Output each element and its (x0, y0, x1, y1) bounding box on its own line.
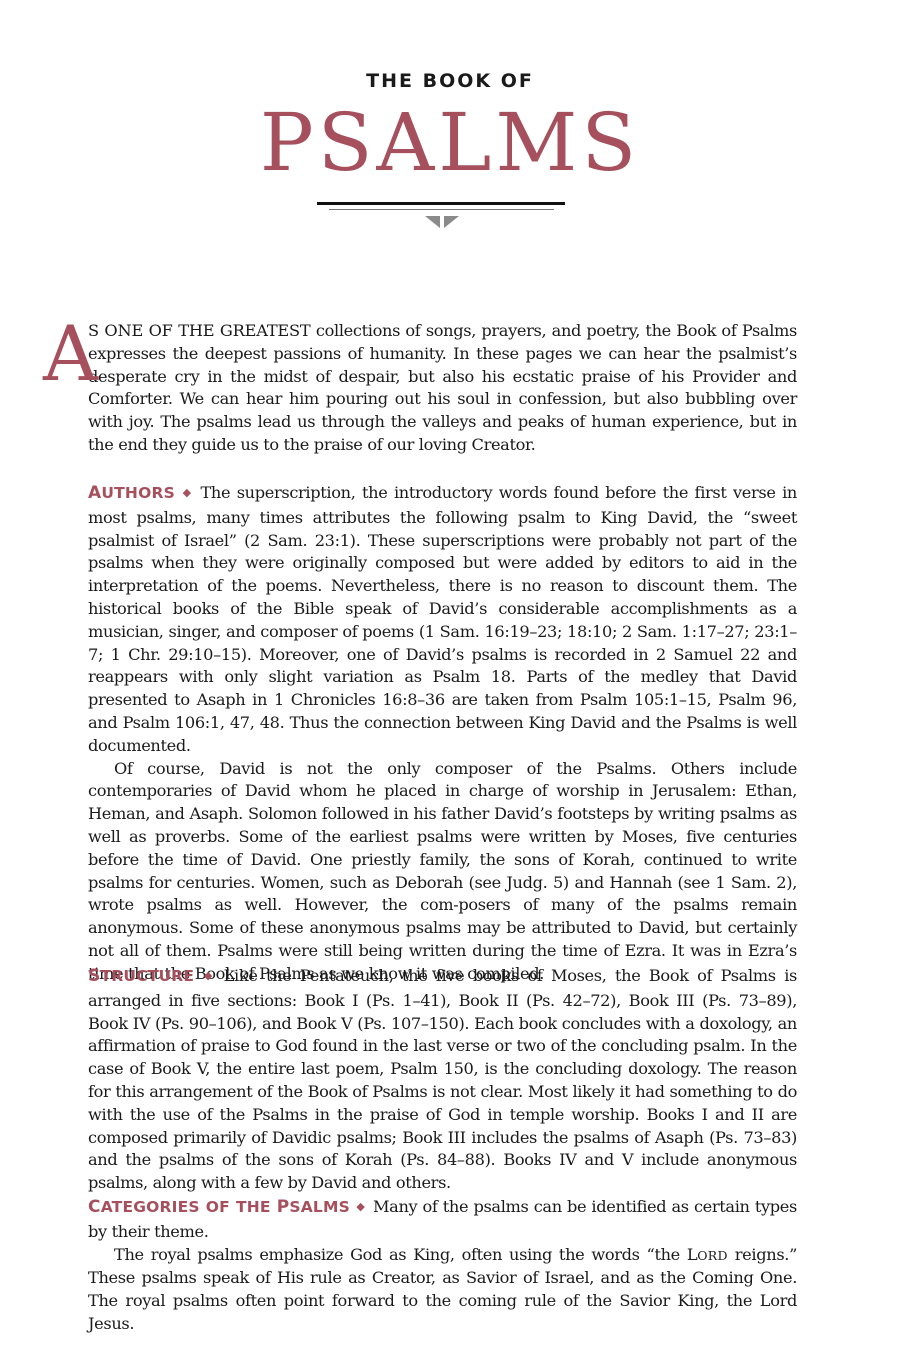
document-page: THE BOOK OF PSALMS A S ONE OF THE GREATE… (0, 0, 900, 1366)
authors-section: AUTHORS◆The superscription, the introduc… (88, 482, 797, 986)
categories-paragraph-2: The royal psalms emphasize God as King, … (88, 1244, 797, 1336)
categories-section: CATEGORIES OF THE PSALMS◆Many of the psa… (88, 1196, 797, 1336)
authors-paragraph-2: Of course, David is not the only compose… (88, 758, 797, 986)
categories-heading: CATEGORIES OF THE PSALMS (88, 1198, 350, 1216)
book-kicker: THE BOOK OF (0, 70, 900, 92)
title-rule-thick (317, 202, 565, 205)
lord-small-caps: LORD (687, 1245, 728, 1264)
intro-paragraph: S ONE OF THE GREATEST collections of son… (88, 320, 797, 457)
categories-paragraph-1: CATEGORIES OF THE PSALMS◆Many of the psa… (88, 1196, 797, 1244)
intro-lead-caps: S ONE OF THE GREATEST (88, 321, 311, 340)
book-title: PSALMS (0, 98, 900, 188)
structure-heading: STRUCTURE (88, 967, 194, 985)
diamond-separator-icon: ◆ (181, 486, 193, 499)
drop-cap: A (43, 316, 98, 392)
intro-section: A S ONE OF THE GREATEST collections of s… (88, 320, 797, 457)
diamond-separator-icon: ◆ (356, 1200, 365, 1213)
title-rule-thin (329, 209, 554, 210)
structure-paragraph-1: STRUCTURE◆Like the Pentateuch, the five … (88, 965, 797, 1195)
intro-text: collections of songs, prayers, and poetr… (88, 321, 797, 454)
authors-paragraph-1: AUTHORS◆The superscription, the introduc… (88, 482, 797, 758)
structure-section: STRUCTURE◆Like the Pentateuch, the five … (88, 965, 797, 1195)
authors-heading: AUTHORS (88, 484, 175, 502)
diamond-separator-icon: ◆ (200, 969, 215, 982)
triangle-ornament-icon (424, 215, 460, 229)
